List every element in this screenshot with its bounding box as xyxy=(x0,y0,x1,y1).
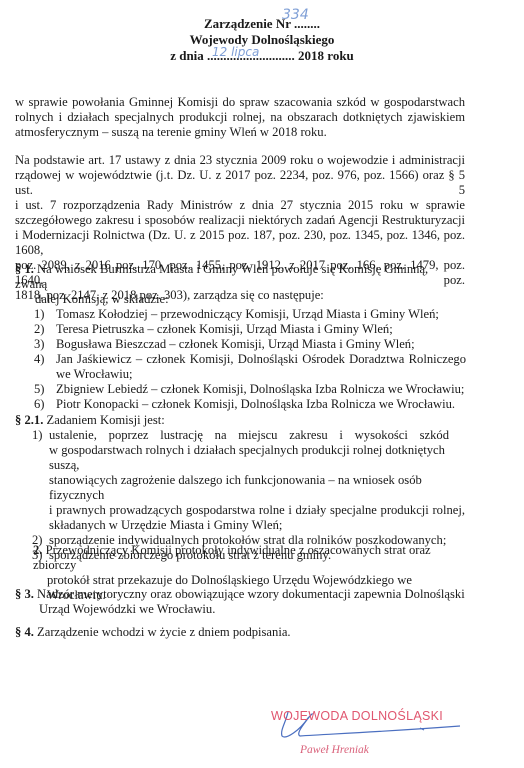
member-text: Tomasz Kołodziej – przewodniczący Komisj… xyxy=(34,307,466,322)
member-text: Teresa Pietruszka – członek Komisji, Urz… xyxy=(34,322,466,337)
section-1: § 1. Na wniosek Burmistrza Miasta i Gmin… xyxy=(15,262,445,307)
item-number: 6) xyxy=(34,397,45,412)
section-2-intro-text: Zadaniem Komisji jest: xyxy=(47,413,165,427)
legal-basis-line: rządowej w województwie (j.t. Dz. U. z 2… xyxy=(15,168,465,198)
issuing-authority: Wojewody Dolnośląskiego xyxy=(0,32,524,48)
list-item: 2)Teresa Pietruszka – członek Komisji, U… xyxy=(34,322,466,337)
task-text: stanowiących zagrożenie dalszego ich fun… xyxy=(32,473,465,503)
task-text: w gospodarstwach rolnych i działach spec… xyxy=(32,443,465,473)
official-stamp: WOJEWODA DOLNOŚLĄSKI xyxy=(271,709,443,723)
member-text: Bogusława Bieszczad – członek Komisji, U… xyxy=(34,337,466,352)
section-3-text: Nadzór merytoryczny oraz obowiązujące wz… xyxy=(37,587,465,601)
point-2-line: 2. Przewodniczący Komisji protokoły indy… xyxy=(33,543,465,573)
section-4-line: § 4. Zarządzenie wchodzi w życie z dniem… xyxy=(15,625,465,640)
member-text: we Wrocławiu; xyxy=(34,367,466,382)
subject-line: atmosferycznym – suszą na terenie gminy … xyxy=(15,125,465,140)
document-page: Zarządzenie Nr ........ 334 Wojewody Dol… xyxy=(0,0,524,768)
handwritten-date: 12 lipca xyxy=(212,44,259,60)
section-1-line: dalej Komisją, w składzie: xyxy=(15,292,445,307)
commission-members-list: 1)Tomasz Kołodziej – przewodniczący Komi… xyxy=(34,307,466,412)
task-text: składanych w Urzędzie Miasta i Gminy Wle… xyxy=(32,518,465,533)
member-text: Jan Jaśkiewicz – członek Komisji, Dolnoś… xyxy=(34,352,466,367)
section-4: § 4. Zarządzenie wchodzi w życie z dniem… xyxy=(15,625,465,640)
decree-subject: w sprawie powołania Gminnej Komisji do s… xyxy=(15,95,465,140)
member-text: Piotr Konopacki – członek Komisji, Dolno… xyxy=(34,397,466,412)
list-item: 1) ustalenie, poprzez lustrację na miejs… xyxy=(32,428,465,533)
document-header: Zarządzenie Nr ........ 334 Wojewody Dol… xyxy=(0,16,524,64)
section-label: § 4. xyxy=(15,625,34,639)
legal-basis-line: i Modernizacji Rolnictwa (Dz. U. z 2015 … xyxy=(15,228,465,258)
date-suffix: 2018 roku xyxy=(298,48,354,63)
point-label: 2. xyxy=(33,543,42,557)
task-text: ustalenie, poprzez lustrację na miejscu … xyxy=(32,428,449,443)
section-1-intro: § 1. Na wniosek Burmistrza Miasta i Gmin… xyxy=(15,262,445,292)
section-label: § 1. xyxy=(15,262,34,276)
item-number: 1) xyxy=(34,307,45,322)
member-text: Zbigniew Lebiedź – członek Komisji, Doln… xyxy=(34,382,466,397)
section-3-text: Urząd Wojewódzki we Wrocławiu. xyxy=(15,602,465,617)
decree-date: z dnia ........................... 2018 … xyxy=(0,48,524,64)
section-1-line: Na wniosek Burmistrza Miasta i Gminy Wle… xyxy=(15,262,428,291)
section-3: § 3. Nadzór merytoryczny oraz obowiązują… xyxy=(15,587,465,617)
handwritten-number: 334 xyxy=(282,7,309,23)
list-item: 3)Bogusława Bieszczad – członek Komisji,… xyxy=(34,337,466,352)
task-text: i prawnych prowadzących gospodarstwa rol… xyxy=(32,503,465,518)
subject-line: rolnych i działach specjalnych produkcji… xyxy=(15,110,465,125)
section-2-intro: § 2.1. Zadaniem Komisji jest: xyxy=(15,413,465,428)
list-item: 4)Jan Jaśkiewicz – członek Komisji, Doln… xyxy=(34,352,466,382)
item-number: 4) xyxy=(34,352,45,367)
handwritten-signature xyxy=(270,700,470,748)
signatory-name: Paweł Hreniak xyxy=(300,744,369,756)
legal-basis-line: i ust. 7 rozporządzenia Rady Ministrów z… xyxy=(15,198,465,213)
subject-line: w sprawie powołania Gminnej Komisji do s… xyxy=(15,95,465,110)
section-label: § 3. xyxy=(15,587,34,601)
item-number: 5) xyxy=(34,382,45,397)
legal-basis-line: szczegółowego zakresu i sposobów realiza… xyxy=(15,213,465,228)
point-2-text: Przewodniczący Komisji protokoły indywid… xyxy=(33,543,431,572)
section-3-line: § 3. Nadzór merytoryczny oraz obowiązują… xyxy=(15,587,465,602)
section-2: § 2.1. Zadaniem Komisji jest: xyxy=(15,413,465,428)
section-label: § 2.1. xyxy=(15,413,43,427)
legal-basis-line: Na podstawie art. 17 ustawy z dnia 23 st… xyxy=(15,153,465,168)
list-item: 6)Piotr Konopacki – członek Komisji, Dol… xyxy=(34,397,466,412)
list-item: 1)Tomasz Kołodziej – przewodniczący Komi… xyxy=(34,307,466,322)
section-4-text: Zarządzenie wchodzi w życie z dniem podp… xyxy=(37,625,291,639)
decree-title: Zarządzenie Nr ........ 334 xyxy=(0,16,524,32)
list-item: 5)Zbigniew Lebiedź – członek Komisji, Do… xyxy=(34,382,466,397)
item-number: 3) xyxy=(34,337,45,352)
item-number: 1) xyxy=(32,428,43,443)
item-number: 2) xyxy=(34,322,45,337)
